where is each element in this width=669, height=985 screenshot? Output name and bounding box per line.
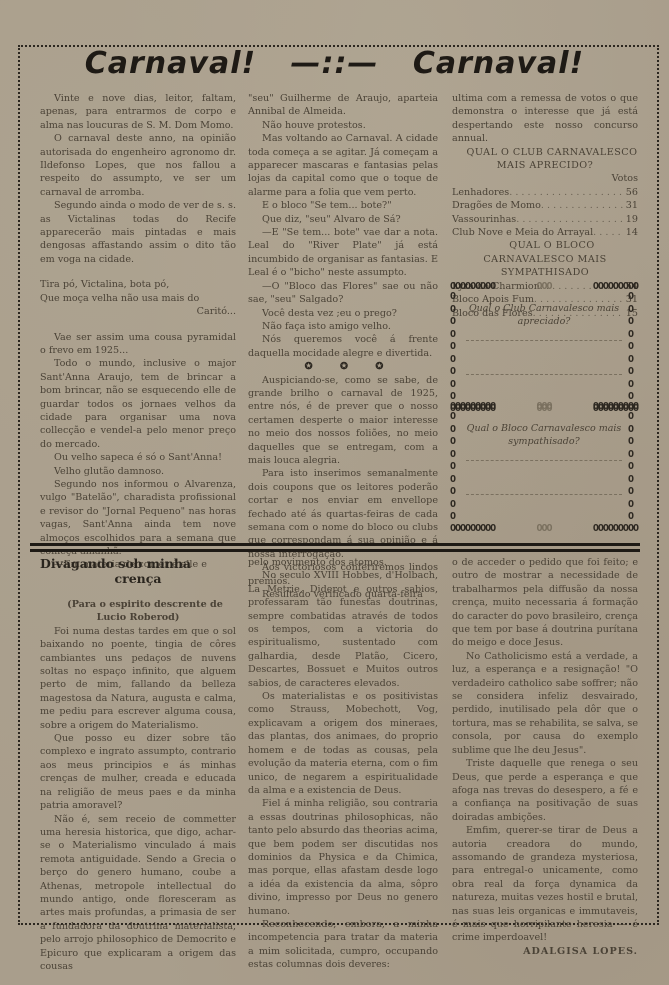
poll-clubs-list: Lenhadores56Dragões de Momo31Vassourinha… xyxy=(452,186,638,240)
poll-row: Lenhadores56 xyxy=(452,186,638,199)
border-ring-icon: O xyxy=(628,487,638,497)
author-signature: ADALGISA LOPES. xyxy=(452,945,638,958)
paragraph: Foi numa destas tardes em que o sol baix… xyxy=(40,625,236,732)
verse-line: Caritó... xyxy=(40,305,236,318)
paragraph: Segundo nos informou o Alvarenza, vulgo … xyxy=(40,478,236,558)
border-ring-icon: O xyxy=(628,317,638,327)
coupon-border-left: OOOOOOOOO xyxy=(450,412,460,522)
paragraph: Não é, sem receio de commetter uma heres… xyxy=(40,813,236,974)
paragraph: No Catholicismo está a verdade, a luz, a… xyxy=(452,650,638,757)
paragraph: Nós queremos você á frente daquella moci… xyxy=(248,333,438,360)
leader-dots xyxy=(541,199,624,212)
poll-blocos-title: QUAL O BLOCO CARNAVALESCO MAIS SYMPATHIS… xyxy=(452,239,638,279)
paragraph: Os materialistas e os positivistas como … xyxy=(248,690,438,797)
poll-entry-votes: 31 xyxy=(624,199,638,212)
headline: Carnaval! —::— Carnaval! xyxy=(0,46,669,86)
border-ring-icon: O xyxy=(628,425,638,435)
paragraph: Não houve protestos. xyxy=(248,119,438,132)
poll-row: Vassourinhas19 xyxy=(452,213,638,226)
coupon-border-bottom: OOOOOOOOO OOO OOOOOOOOO xyxy=(450,522,638,534)
paragraph: Ou velho sapeca é só o Sant'Anna! xyxy=(40,451,236,464)
border-ring-icon: O xyxy=(450,330,460,340)
coupon-border-left: OOOOOOOOO xyxy=(450,292,460,402)
article-column-3: o de acceder o pedido que foi feito; e o… xyxy=(452,556,638,958)
border-ring-icon: O xyxy=(628,355,638,365)
paragraph: —E "Se tem... bote" vae dar a nota. Leal… xyxy=(248,226,438,280)
article-column-1: Divagando sob minha crença (Para o espir… xyxy=(40,556,236,973)
paragraph: Vae ser assim uma cousa pyramidal o frev… xyxy=(40,331,236,358)
paragraph: Você desta vez ;eu o prego? xyxy=(248,307,438,320)
coupon-border-top: OOOOOOOOO OOO OOOOOOOOO xyxy=(450,280,638,292)
leader-dots xyxy=(516,213,624,226)
coupon-club[interactable]: OOOOOOOOO OOO OOOOOOOOO OOOOOOOOO OOOOOO… xyxy=(450,280,638,414)
border-ring-icon: O xyxy=(628,367,638,377)
border-ring-icon: O xyxy=(450,355,460,365)
border-ring-icon: O xyxy=(450,380,460,390)
paragraph: Reconhecendo, embora, a minha incompeten… xyxy=(248,918,438,972)
poll-entry-votes: 56 xyxy=(624,186,638,199)
coupon-border-right: OOOOOOOOO xyxy=(628,292,638,402)
border-ring-icon: O xyxy=(628,512,638,522)
leader-dots xyxy=(509,186,624,199)
paragraph: Que diz, "seu" Alvaro de Sá? xyxy=(248,213,438,226)
border-ring-icon: O xyxy=(628,342,638,352)
poll-entry-name: Lenhadores xyxy=(452,186,509,199)
poll-clubs-title: QUAL O CLUB CARNAVALESCO MAIS APRECIDO? xyxy=(452,146,638,173)
star-divider-icon: ✪ ✪ ✪ xyxy=(248,360,438,373)
border-ring-icon: O xyxy=(450,342,460,352)
paragraph: No seculo XVIII Hobbes, d'Holbach, La Me… xyxy=(248,569,438,690)
paragraph: —O "Bloco das Flores" sae ou não sae, "s… xyxy=(248,280,438,307)
votes-header: Votos xyxy=(452,172,638,185)
border-ring-icon: O xyxy=(628,462,638,472)
paragraph: Fiel á minha religião, sou contraria a e… xyxy=(248,797,438,918)
coupon-question: Qual o Club Carnavalesco mais apreciado? xyxy=(466,302,622,328)
paragraph: o de acceder o pedido que foi feito; e o… xyxy=(452,556,638,650)
paragraph: Auspiciando-se, como se sabe, de grande … xyxy=(248,374,438,468)
poll-row: Dragões de Momo31 xyxy=(452,199,638,212)
coupon-bloco[interactable]: OOOOOOOOO OOO OOOOOOOOO OOOOOOOOO OOOOOO… xyxy=(450,400,638,534)
border-ring-icon: O xyxy=(628,292,638,302)
border-ring-icon: O xyxy=(450,450,460,460)
paragraph: Não faça isto amigo velho. xyxy=(248,320,438,333)
paragraph: "seu" Guilherme de Araujo, aparteia Anni… xyxy=(248,92,438,119)
border-ring-icon: O xyxy=(628,437,638,447)
border-ring-icon: O xyxy=(628,330,638,340)
border-ring-icon: O xyxy=(628,475,638,485)
verse-line: Tira pó, Victalina, bota pó, xyxy=(40,278,236,291)
border-ring-icon: O xyxy=(450,500,460,510)
paragraph: Emfim, querer-se tirar de Deus a autoria… xyxy=(452,824,638,945)
border-ring-icon: O xyxy=(628,500,638,510)
border-ring-icon: O xyxy=(450,437,460,447)
paragraph: O carnaval deste anno, na opinião autori… xyxy=(40,132,236,199)
poll-row: Club Nove e Meia do Arrayal14 xyxy=(452,226,638,239)
article-column-2: pelo movimento dos atomos. No seculo XVI… xyxy=(248,556,438,972)
border-ring-icon: O xyxy=(450,412,460,422)
verse-line: Que moça velha não usa mais do xyxy=(40,292,236,305)
article-dedication: (Para o espirito descrente de Lucio Robe… xyxy=(40,598,236,625)
coupon-border-top: OOOOOOOOO OOO OOOOOOOOO xyxy=(450,400,638,412)
border-ring-icon: O xyxy=(450,425,460,435)
poll-entry-votes: 19 xyxy=(624,213,638,226)
border-ring-icon: O xyxy=(628,412,638,422)
poll-entry-name: Vassourinhas xyxy=(452,213,516,226)
border-ring-icon: O xyxy=(450,317,460,327)
coupon-border-right: OOOOOOOOO xyxy=(628,412,638,522)
coupon-answer-line[interactable] xyxy=(466,460,622,461)
border-ring-icon: O xyxy=(628,450,638,460)
paragraph: Segundo ainda o modo de ver de s. s. as … xyxy=(40,199,236,266)
paragraph: E o bloco "Se tem... bote?" xyxy=(248,199,438,212)
border-ring-icon: O xyxy=(450,487,460,497)
section-divider xyxy=(30,543,640,546)
paragraph: Para isto inserimos semanalmente dois co… xyxy=(248,467,438,561)
paragraph: Velho glutão damnoso. xyxy=(40,465,236,478)
coupon-answer-line[interactable] xyxy=(466,494,622,495)
section-divider xyxy=(30,549,640,552)
coupon-question: Qual o Bloco Carnavalesco mais sympathis… xyxy=(466,422,622,448)
carnaval-column-1: Vinte e nove dias, leitor, faltam, apena… xyxy=(40,92,236,572)
border-ring-icon: O xyxy=(450,305,460,315)
leader-dots xyxy=(593,226,624,239)
border-ring-icon: O xyxy=(450,292,460,302)
paragraph: Mas voltando ao Carnaval. A cidade toda … xyxy=(248,132,438,199)
article-title: Divagando sob minha crença xyxy=(40,556,236,586)
carnaval-column-2: "seu" Guilherme de Araujo, aparteia Anni… xyxy=(248,92,438,601)
poll-entry-name: Club Nove e Meia do Arrayal xyxy=(452,226,593,239)
border-ring-icon: O xyxy=(450,462,460,472)
paragraph: Que posso eu dizer sobre tão complexo e … xyxy=(40,732,236,812)
coupon-answer-line[interactable] xyxy=(466,374,622,375)
paragraph: Vinte e nove dias, leitor, faltam, apena… xyxy=(40,92,236,132)
poll-entry-votes: 14 xyxy=(624,226,638,239)
border-ring-icon: O xyxy=(628,305,638,315)
paragraph: pelo movimento dos atomos. xyxy=(248,556,438,569)
border-ring-icon: O xyxy=(450,512,460,522)
border-ring-icon: O xyxy=(450,367,460,377)
paragraph: Triste daquelle que renega o seu Deus, q… xyxy=(452,757,638,824)
coupon-answer-line[interactable] xyxy=(466,340,622,341)
poll-entry-name: Dragões de Momo xyxy=(452,199,541,212)
border-ring-icon: O xyxy=(628,380,638,390)
paragraph: Todo o mundo, inclusive o major Sant'Ann… xyxy=(40,357,236,451)
paragraph: ultima com a remessa de votos o que demo… xyxy=(452,92,638,146)
border-ring-icon: O xyxy=(450,475,460,485)
